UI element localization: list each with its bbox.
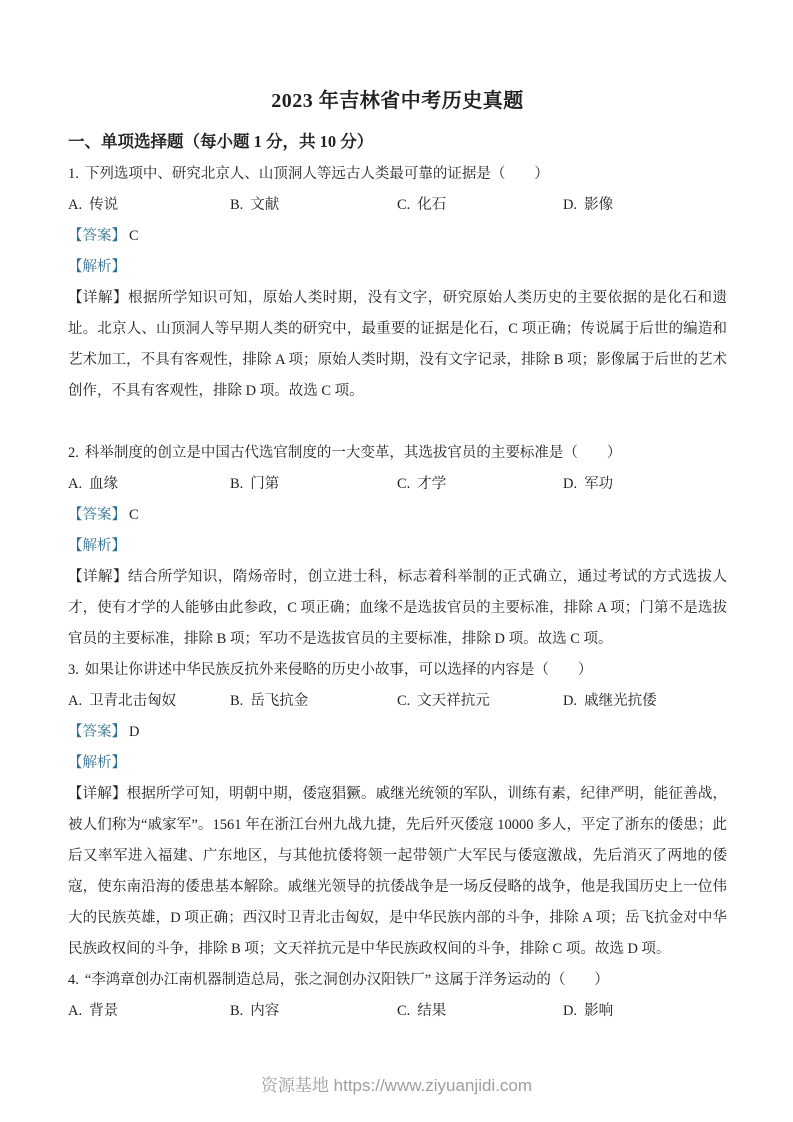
option-b-label: B. (230, 693, 243, 709)
question-4-option-d: D.影响 (563, 996, 727, 1027)
question-2-option-d: D.军功 (563, 469, 727, 500)
answer-label: 【答案】 (68, 724, 126, 740)
option-c-text: 化石 (417, 197, 446, 213)
option-b-text: 内容 (250, 1003, 279, 1019)
question-1-detail-text: 根据所学知识可知，原始人类时期，没有文字，研究原始人类历史的主要依据的是化石和遗… (68, 290, 727, 399)
question-2-option-a: A.血缘 (68, 469, 230, 500)
option-d-text: 军功 (584, 476, 613, 492)
option-a-text: 卫青北击匈奴 (89, 693, 176, 709)
question-2-analysis-line: 【解析】 (68, 531, 727, 562)
question-3-options: A.卫青北击匈奴 B.岳飞抗金 C.文天祥抗元 D.戚继光抗倭 (68, 686, 727, 717)
question-3-detail-text: 根据所学可知，明朝中期，倭寇猖獗。戚继光统领的军队，训练有素，纪律严明，能征善战… (68, 786, 727, 957)
answer-label: 【答案】 (68, 228, 126, 244)
question-2-answer-value: C (129, 507, 139, 523)
option-a-label: A. (68, 197, 82, 213)
question-1-stem-text: 下列选项中、研究北京人、山顶洞人等远古人类最可靠的证据是（ ） (85, 166, 549, 182)
question-1-detail: 【详解】根据所学知识可知，原始人类时期，没有文字，研究原始人类历史的主要依据的是… (68, 283, 727, 407)
question-4: 4.“李鸿章创办江南机器制造总局，张之洞创办汉阳铁厂” 这属于洋务运动的（ ） … (68, 965, 727, 1027)
question-1-number: 1. (68, 166, 79, 182)
question-3-stem: 3.如果让你讲述中华民族反抗外来侵略的历史小故事，可以选择的内容是（ ） (68, 655, 727, 686)
detail-label: 【详解】 (68, 290, 128, 306)
option-b-text: 文献 (250, 197, 279, 213)
question-1-option-d: D.影像 (563, 190, 727, 221)
option-a-label: A. (68, 1003, 82, 1019)
question-3-number: 3. (68, 662, 79, 678)
option-d-label: D. (563, 1003, 577, 1019)
question-1-option-c: C.化石 (397, 190, 563, 221)
site-watermark: 资源基地 https://www.ziyuanjidi.com (0, 1071, 793, 1096)
page-title: 2023 年吉林省中考历史真题 (68, 84, 727, 113)
option-b-label: B. (230, 476, 243, 492)
question-2-stem: 2.科举制度的创立是中国古代选官制度的一大变革，其选拔官员的主要标准是（ ） (68, 438, 727, 469)
answer-label: 【答案】 (68, 507, 126, 523)
question-1-option-a: A.传说 (68, 190, 230, 221)
option-a-text: 背景 (89, 1003, 118, 1019)
option-d-text: 戚继光抗倭 (584, 693, 657, 709)
question-1: 1.下列选项中、研究北京人、山顶洞人等远古人类最可靠的证据是（ ） A.传说 B… (68, 159, 727, 407)
option-c-label: C. (397, 1003, 410, 1019)
section-heading: 一、单项选择题（每小题 1 分，共 10 分） (68, 128, 727, 152)
option-d-text: 影像 (584, 197, 613, 213)
option-a-label: A. (68, 693, 82, 709)
analysis-label: 【解析】 (68, 259, 126, 275)
question-1-answer-line: 【答案】C (68, 221, 727, 252)
question-2-option-b: B.门第 (230, 469, 397, 500)
question-3-detail: 【详解】根据所学可知，明朝中期，倭寇猖獗。戚继光统领的军队，训练有素，纪律严明，… (68, 779, 727, 965)
question-3-option-a: A.卫青北击匈奴 (68, 686, 230, 717)
question-3-analysis-line: 【解析】 (68, 748, 727, 779)
question-2-answer-line: 【答案】C (68, 500, 727, 531)
option-a-text: 传说 (89, 197, 118, 213)
option-a-text: 血缘 (89, 476, 118, 492)
option-d-text: 影响 (584, 1003, 613, 1019)
question-gap (68, 407, 727, 438)
question-1-stem: 1.下列选项中、研究北京人、山顶洞人等远古人类最可靠的证据是（ ） (68, 159, 727, 190)
option-c-label: C. (397, 197, 410, 213)
option-b-label: B. (230, 197, 243, 213)
question-2-number: 2. (68, 445, 79, 461)
option-b-text: 门第 (250, 476, 279, 492)
question-4-number: 4. (68, 972, 79, 988)
option-c-label: C. (397, 693, 410, 709)
option-a-label: A. (68, 476, 82, 492)
question-2: 2.科举制度的创立是中国古代选官制度的一大变革，其选拔官员的主要标准是（ ） A… (68, 438, 727, 655)
question-3-answer-line: 【答案】D (68, 717, 727, 748)
question-3-answer-value: D (129, 724, 139, 740)
question-1-answer-value: C (129, 228, 139, 244)
question-4-option-c: C.结果 (397, 996, 563, 1027)
option-b-text: 岳飞抗金 (250, 693, 308, 709)
question-2-detail-text: 结合所学知识，隋炀帝时，创立进士科，标志着科举制的正式确立，通过考试的方式选拔人… (68, 569, 727, 647)
question-1-options: A.传说 B.文献 C.化石 D.影像 (68, 190, 727, 221)
question-2-detail: 【详解】结合所学知识，隋炀帝时，创立进士科，标志着科举制的正式确立，通过考试的方… (68, 562, 727, 655)
question-2-option-c: C.才学 (397, 469, 563, 500)
analysis-label: 【解析】 (68, 755, 126, 771)
question-4-option-a: A.背景 (68, 996, 230, 1027)
question-3-option-b: B.岳飞抗金 (230, 686, 397, 717)
question-3-stem-text: 如果让你讲述中华民族反抗外来侵略的历史小故事，可以选择的内容是（ ） (85, 662, 593, 678)
question-1-analysis-line: 【解析】 (68, 252, 727, 283)
option-d-label: D. (563, 476, 577, 492)
question-2-options: A.血缘 B.门第 C.才学 D.军功 (68, 469, 727, 500)
question-3-option-c: C.文天祥抗元 (397, 686, 563, 717)
question-3-option-d: D.戚继光抗倭 (563, 686, 727, 717)
option-d-label: D. (563, 693, 577, 709)
question-1-option-b: B.文献 (230, 190, 397, 221)
detail-label: 【详解】 (68, 786, 127, 802)
option-c-label: C. (397, 476, 410, 492)
question-4-option-b: B.内容 (230, 996, 397, 1027)
option-d-label: D. (563, 197, 577, 213)
question-3: 3.如果让你讲述中华民族反抗外来侵略的历史小故事，可以选择的内容是（ ） A.卫… (68, 655, 727, 965)
question-4-options: A.背景 B.内容 C.结果 D.影响 (68, 996, 727, 1027)
option-b-label: B. (230, 1003, 243, 1019)
analysis-label: 【解析】 (68, 538, 126, 554)
option-c-text: 才学 (417, 476, 446, 492)
option-c-text: 结果 (417, 1003, 446, 1019)
option-c-text: 文天祥抗元 (417, 693, 490, 709)
detail-label: 【详解】 (68, 569, 128, 585)
document-page: 2023 年吉林省中考历史真题 一、单项选择题（每小题 1 分，共 10 分） … (0, 0, 793, 1027)
question-2-stem-text: 科举制度的创立是中国古代选官制度的一大变革，其选拔官员的主要标准是（ ） (85, 445, 622, 461)
question-4-stem-text: “李鸿章创办江南机器制造总局，张之洞创办汉阳铁厂” 这属于洋务运动的（ ） (85, 972, 609, 988)
question-4-stem: 4.“李鸿章创办江南机器制造总局，张之洞创办汉阳铁厂” 这属于洋务运动的（ ） (68, 965, 727, 996)
